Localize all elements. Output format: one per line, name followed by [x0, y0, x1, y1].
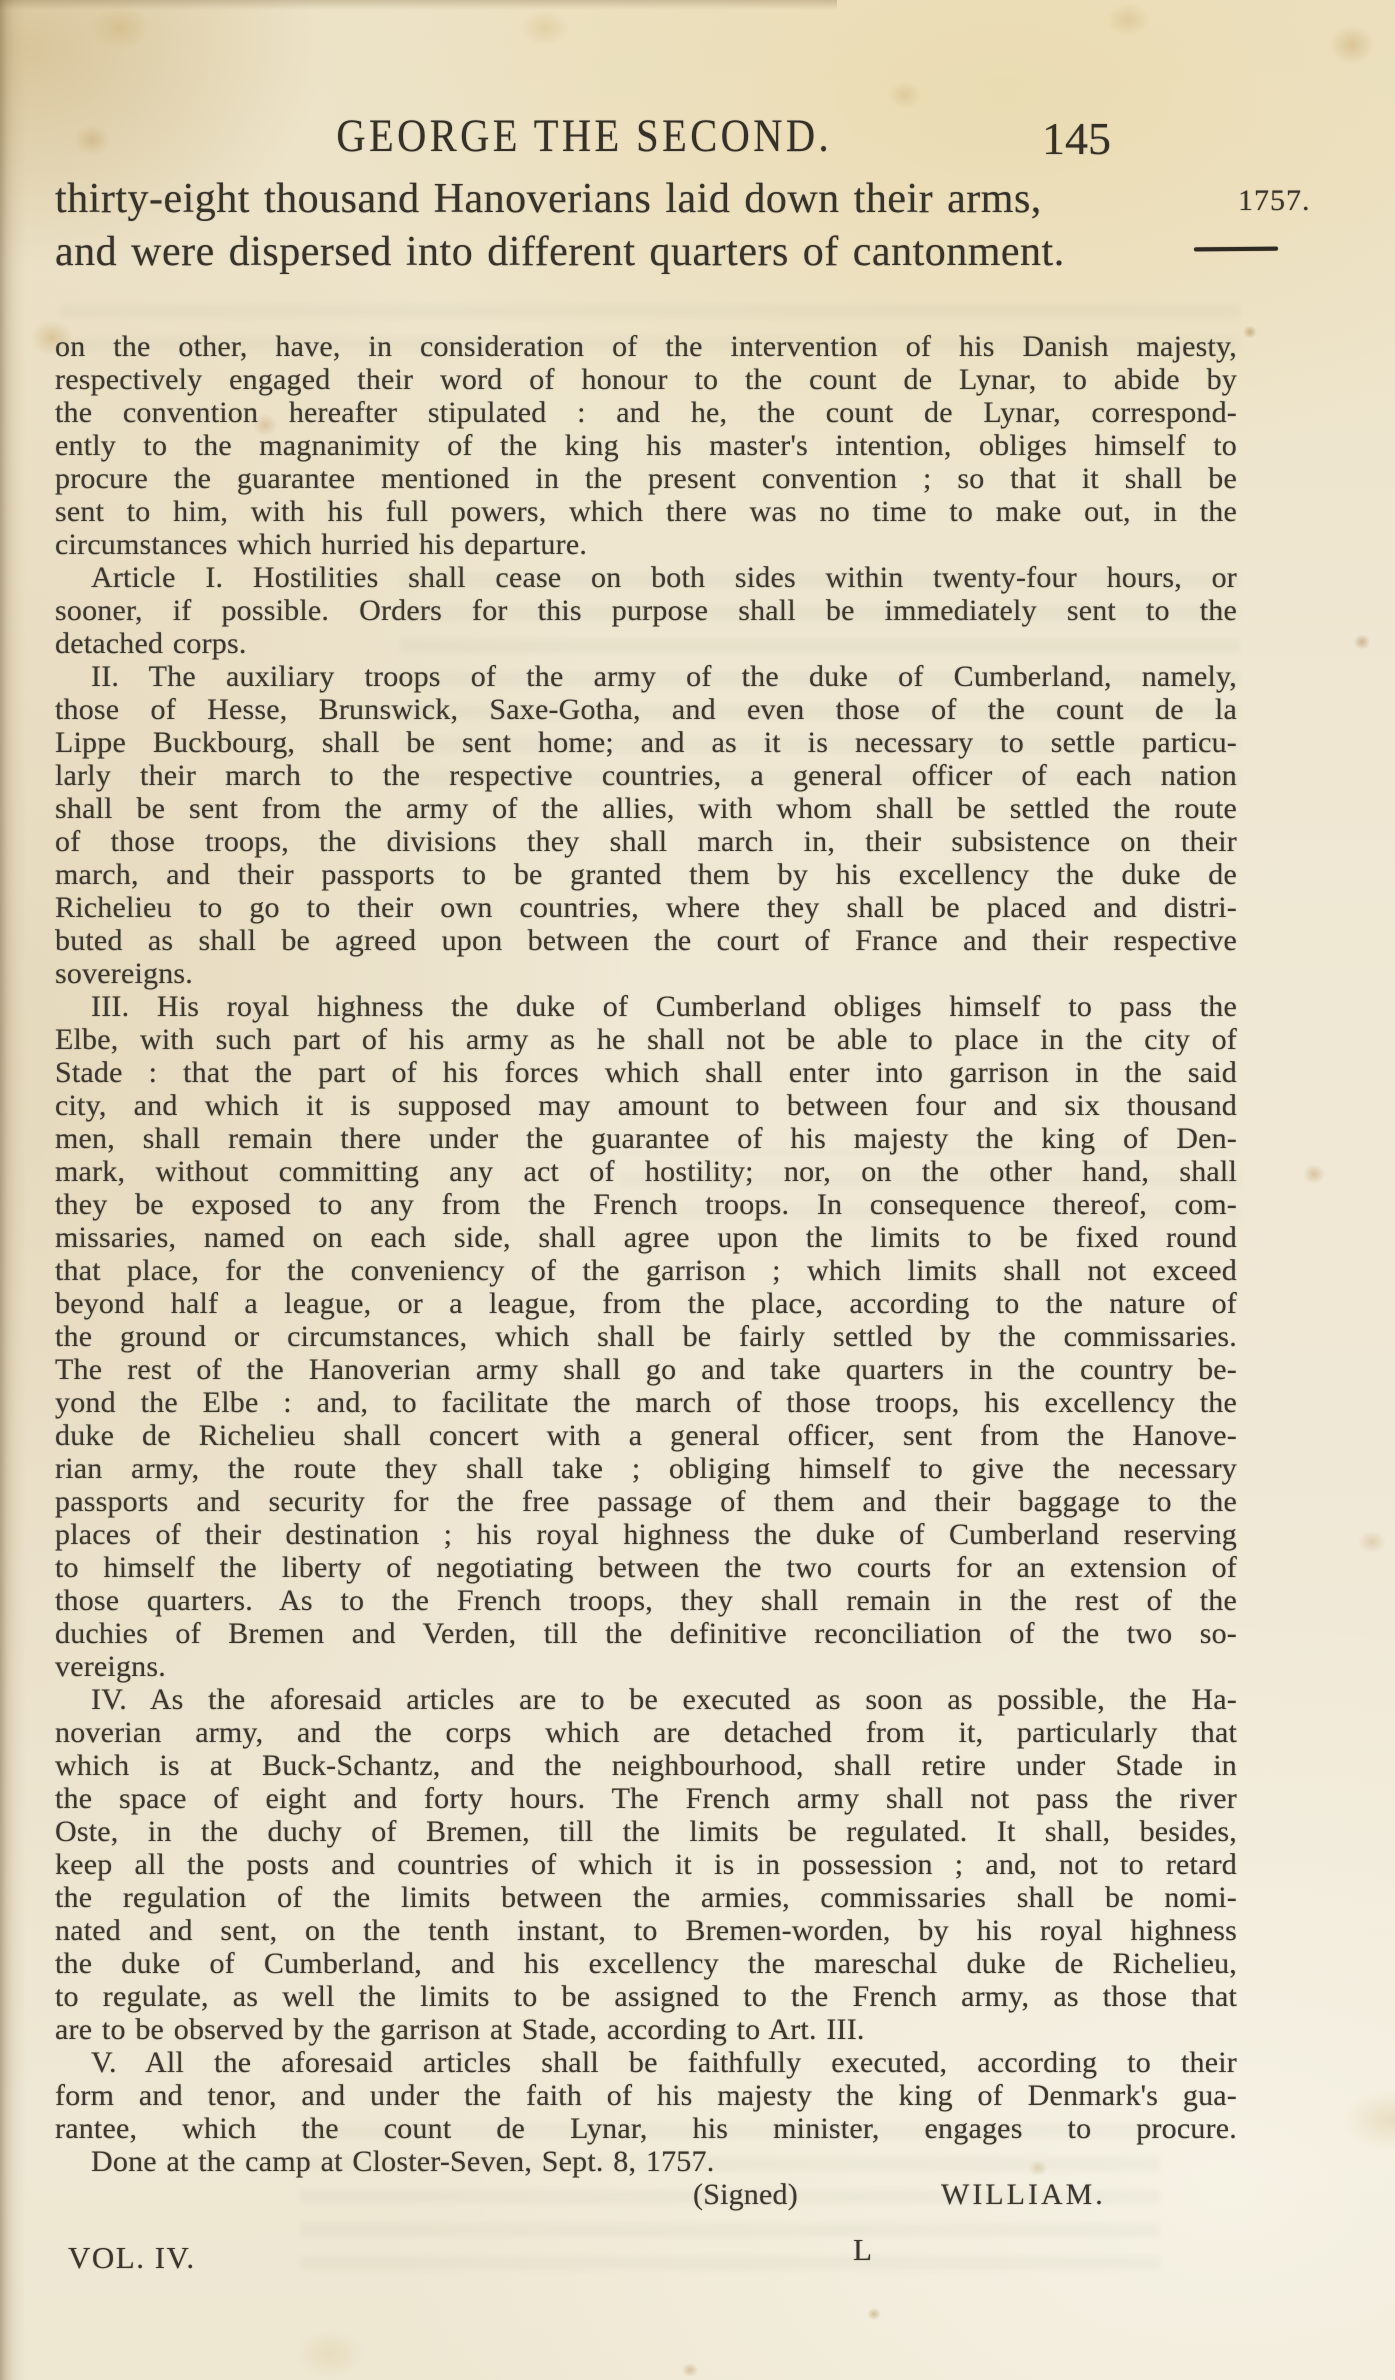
body-line: city, and which it is supposed may amoun…: [55, 1089, 1237, 1122]
body-line: circumstances which hurried his departur…: [55, 528, 1237, 561]
book-page: GEORGE THE SECOND. 145 thirty-eight thou…: [0, 0, 1395, 2380]
body-line: Elbe, with such part of his army as he s…: [55, 1023, 1237, 1056]
heading-line: and were dispersed into different quarte…: [55, 226, 1237, 279]
body-line: that place, for the conveniency of the g…: [55, 1254, 1237, 1287]
body-line: sooner, if possible. Orders for this pur…: [55, 594, 1237, 627]
body-line: the ground or circumstances, which shall…: [55, 1320, 1237, 1353]
body-line: rantee, which the count de Lynar, his mi…: [55, 2112, 1237, 2145]
body-line: V. All the aforesaid articles shall be f…: [55, 2046, 1237, 2079]
signed-label: (Signed): [693, 2178, 798, 2211]
body-line: The rest of the Hanoverian army shall go…: [55, 1353, 1237, 1386]
body-line: procure the guarantee mentioned in the p…: [55, 462, 1237, 495]
body-line: the duke of Cumberland, and his excellen…: [55, 1947, 1237, 1980]
body-line: Done at the camp at Closter-Seven, Sept.…: [55, 2145, 1237, 2178]
body-line: sovereigns.: [55, 957, 1237, 990]
body-line: the regulation of the limits between the…: [55, 1881, 1237, 1914]
body-line: places of their destination ; his royal …: [55, 1518, 1237, 1551]
page-left-edge: [0, 0, 26, 2380]
body-line: the space of eight and forty hours. The …: [55, 1782, 1237, 1815]
body-line: IV. As the aforesaid articles are to be …: [55, 1683, 1237, 1716]
body-line: keep all the posts and countries of whic…: [55, 1848, 1237, 1881]
body-line: sent to him, with his full powers, which…: [55, 495, 1237, 528]
body-line: respectively engaged their word of honou…: [55, 363, 1237, 396]
body-line: Richelieu to go to their own countries, …: [55, 891, 1237, 924]
body-line: form and tenor, and under the faith of h…: [55, 2079, 1237, 2112]
body-line: Article I. Hostilities shall cease on bo…: [55, 561, 1237, 594]
signature-name: WILLIAM.: [941, 2178, 1106, 2211]
body-line: II. The auxiliary troops of the army of …: [55, 660, 1237, 693]
body-line: are to be observed by the garrison at St…: [55, 2013, 1237, 2046]
body-line: men, shall remain there under the guaran…: [55, 1122, 1237, 1155]
signature-line: (Signed) WILLIAM.: [55, 2178, 1237, 2211]
body-line: Lippe Buckbourg, shall be sent home; and…: [55, 726, 1237, 759]
body-line: ently to the magnanimity of the king his…: [55, 429, 1237, 462]
body-line: vereigns.: [55, 1650, 1237, 1683]
body-line: those quarters. As to the French troops,…: [55, 1584, 1237, 1617]
body-line: beyond half a league, or a league, from …: [55, 1287, 1237, 1320]
body-line: buted as shall be agreed upon between th…: [55, 924, 1237, 957]
body-line: march, and their passports to be granted…: [55, 858, 1237, 891]
body-line: duke de Richelieu shall concert with a g…: [55, 1419, 1237, 1452]
margin-year: 1757.: [1238, 184, 1311, 218]
body-line: of those troops, the divisions they shal…: [55, 825, 1237, 858]
body-line: yond the Elbe : and, to facilitate the m…: [55, 1386, 1237, 1419]
body-line: on the other, have, in consideration of …: [55, 330, 1237, 363]
heading-line: thirty-eight thousand Hanoverians laid d…: [55, 173, 1237, 226]
body-line: larly their march to the respective coun…: [55, 759, 1237, 792]
body-line: the convention hereafter stipulated : an…: [55, 396, 1237, 429]
body-line: duchies of Bremen and Verden, till the d…: [55, 1617, 1237, 1650]
volume-label: VOL. IV.: [68, 2240, 196, 2276]
body-line: detached corps.: [55, 627, 1237, 660]
body-line: Stade : that the part of his forces whic…: [55, 1056, 1237, 1089]
chapter-summary-heading: thirty-eight thousand Hanoverians laid d…: [55, 173, 1237, 279]
body-line: passports and security for the free pass…: [55, 1485, 1237, 1518]
body-line: III. His royal highness the duke of Cumb…: [55, 990, 1237, 1023]
body-line: to regulate, as well the limits to be as…: [55, 1980, 1237, 2013]
page-top-edge: [0, 0, 837, 10]
running-head-text: GEORGE THE SECOND.: [336, 110, 832, 162]
body-line: shall be sent from the army of the allie…: [55, 792, 1237, 825]
body-line: to himself the liberty of negotiating be…: [55, 1551, 1237, 1584]
body-line: they be exposed to any from the French t…: [55, 1188, 1237, 1221]
body-line: mark, without committing any act of host…: [55, 1155, 1237, 1188]
page-number: 145: [1042, 113, 1111, 165]
body-line: nated and sent, on the tenth instant, to…: [55, 1914, 1237, 1947]
body-line: which is at Buck-Schantz, and the neighb…: [55, 1749, 1237, 1782]
body-line: Oste, in the duchy of Bremen, till the l…: [55, 1815, 1237, 1848]
body-line: noverian army, and the corps which are d…: [55, 1716, 1237, 1749]
margin-rule: [1194, 247, 1278, 252]
running-head: GEORGE THE SECOND.: [234, 110, 934, 162]
signature-mark: L: [853, 2232, 872, 2268]
body-text: on the other, have, in consideration of …: [55, 330, 1237, 2211]
body-line: missaries, named on each side, shall agr…: [55, 1221, 1237, 1254]
body-line: rian army, the route they shall take ; o…: [55, 1452, 1237, 1485]
body-line: those of Hesse, Brunswick, Saxe-Gotha, a…: [55, 693, 1237, 726]
